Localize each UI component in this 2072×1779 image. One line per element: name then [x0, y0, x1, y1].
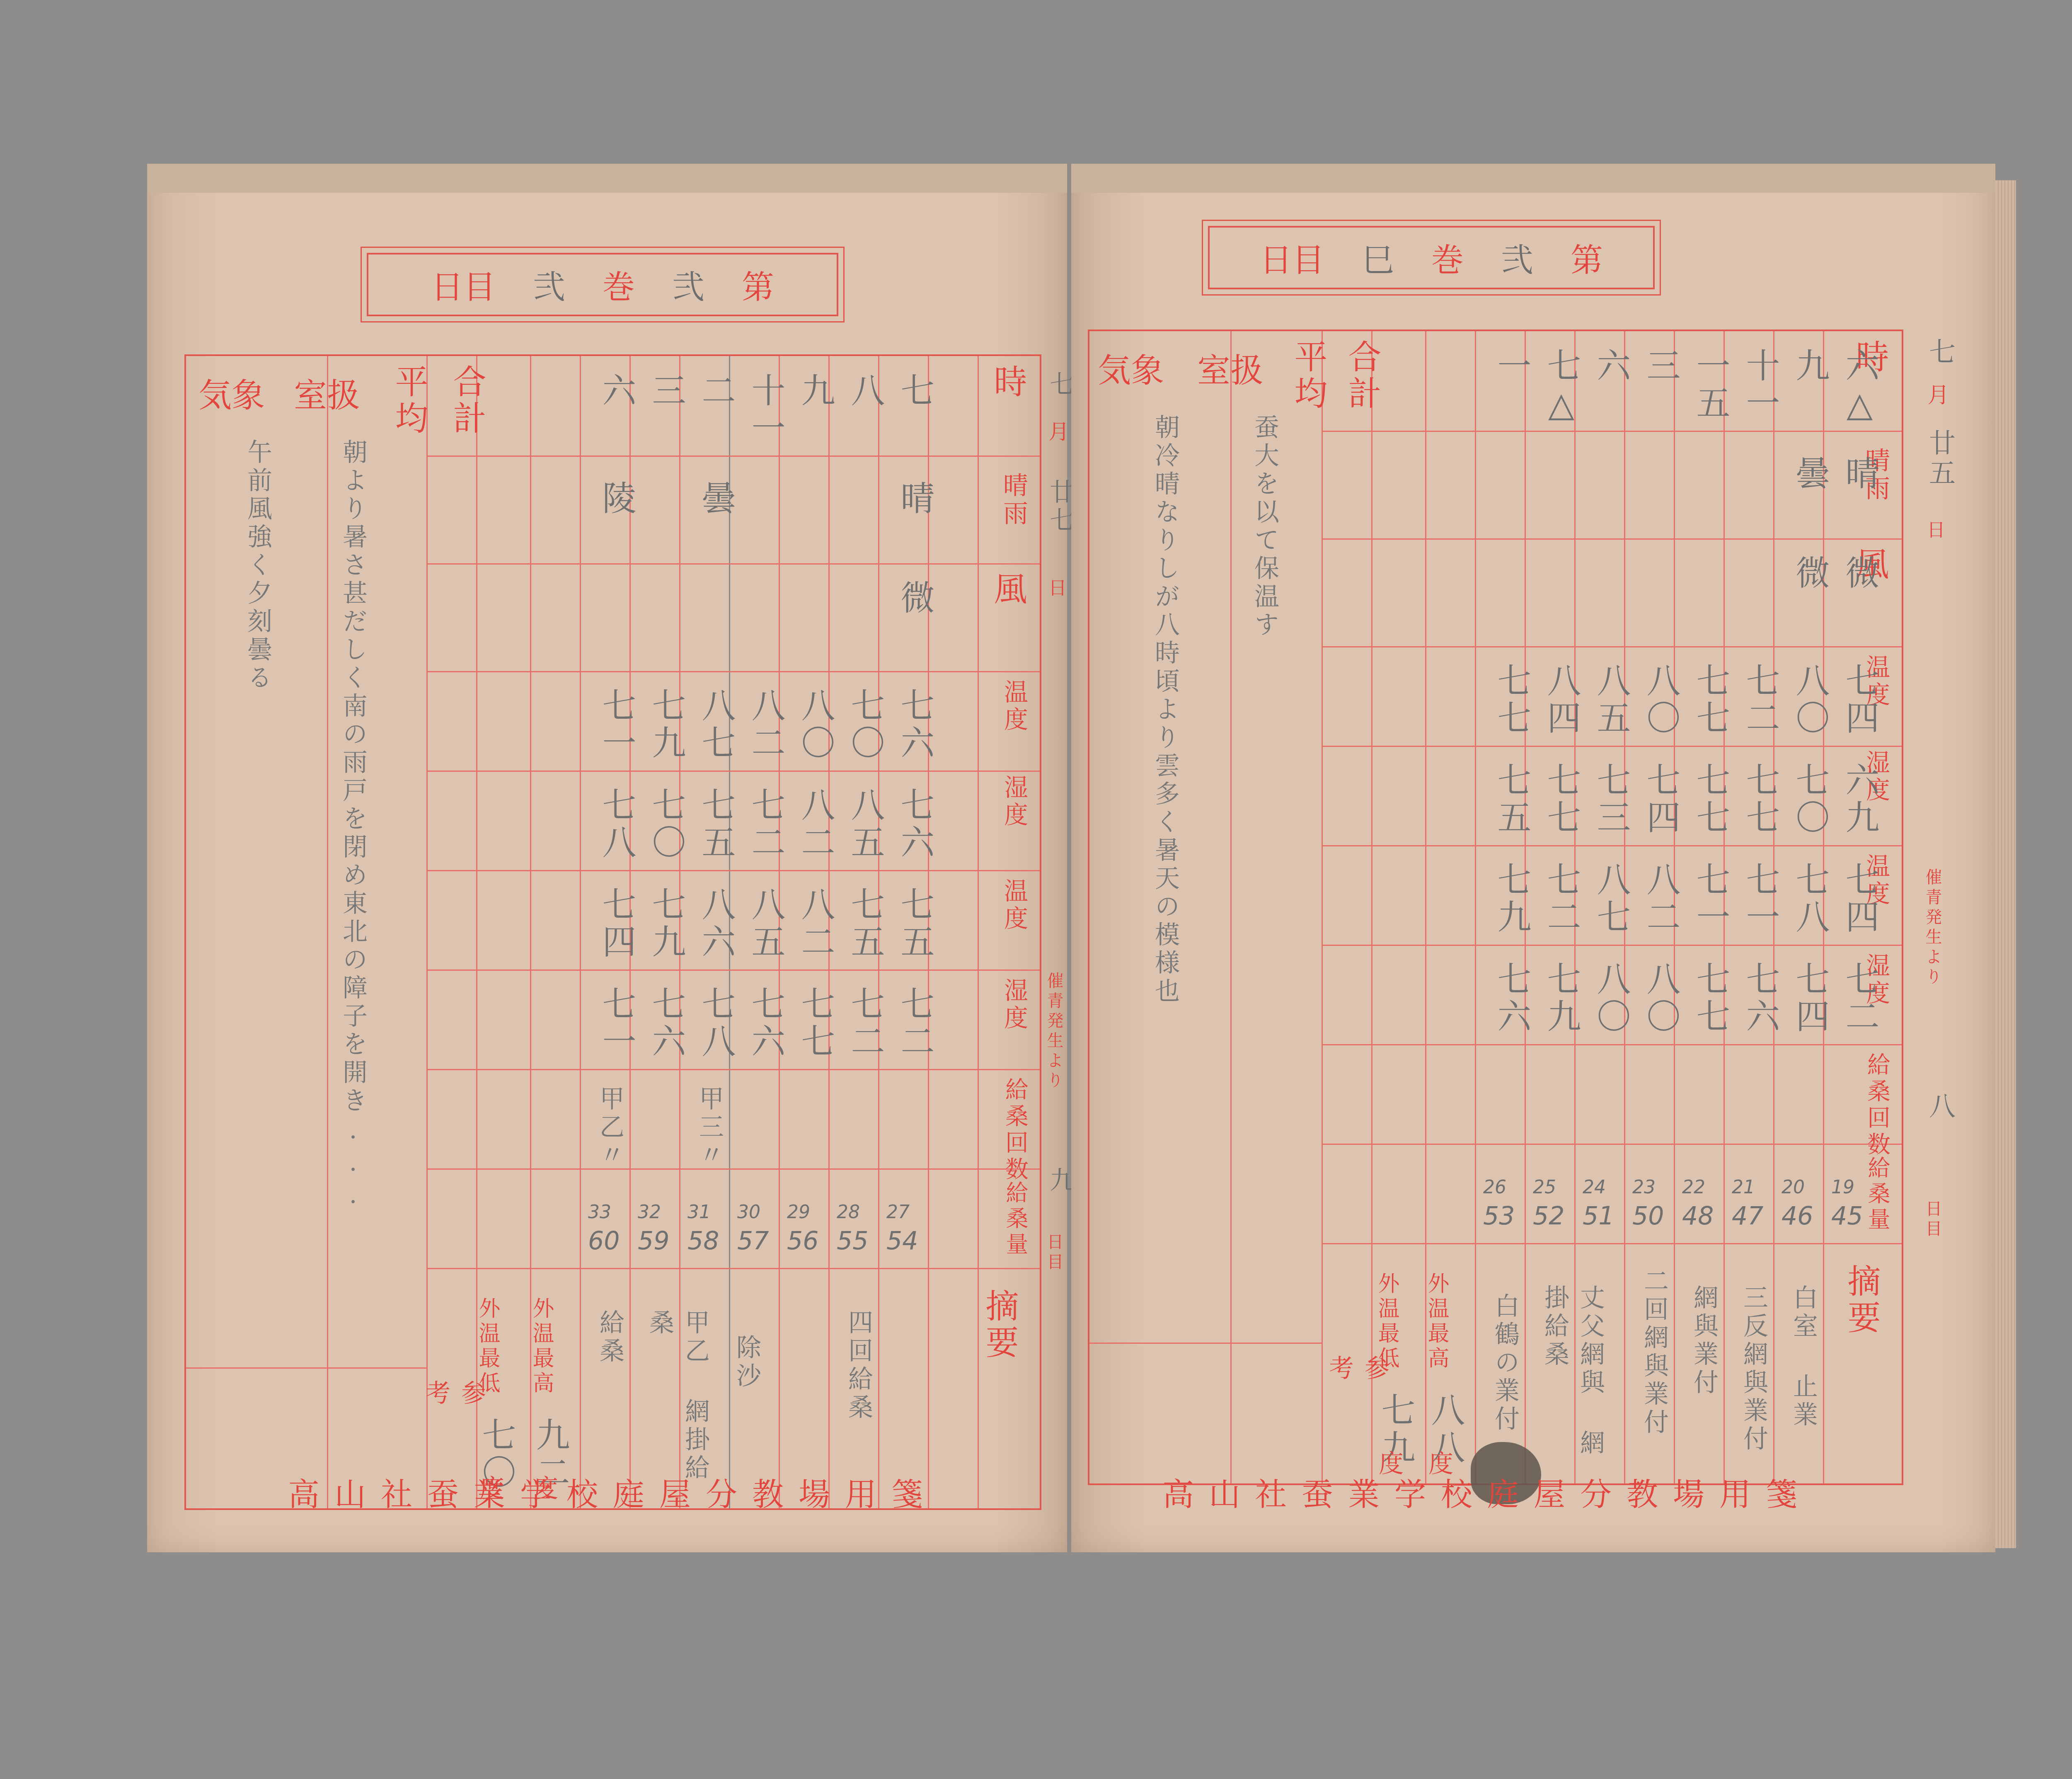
left-date-margin: 七 月 廿七 日 催青発生より 九 日目 — [1042, 371, 1067, 1511]
cell-weather: 曇 — [1786, 456, 1834, 493]
header-weather: 晴雨 — [996, 472, 1031, 528]
cell-indoor-humidity: 七六 — [1487, 961, 1536, 1036]
header-room-management: 室扱 — [1197, 344, 1264, 391]
header-remarks: 摘要 — [1837, 1264, 1885, 1337]
cell-outdoor-humidity: 七三 — [1587, 762, 1635, 837]
count-top: 24 — [1583, 1177, 1606, 1198]
header-average: 平均 — [1284, 339, 1332, 412]
right-date-margin: 七 月 廿五 日 催青発生より 八 日目 — [1921, 338, 1950, 1478]
cell-indoor-humidity: 七六 — [642, 986, 690, 1061]
header-time: 時 — [984, 364, 1031, 401]
header-indoor-temp: 温度 — [997, 878, 1031, 933]
remark-note: 除沙 — [729, 1334, 765, 1391]
count-top: 25 — [1533, 1177, 1556, 1198]
title-prefix: 第 — [1571, 235, 1603, 281]
cell-time: 七△ — [1537, 348, 1585, 428]
header-room-management: 室扱 — [294, 368, 360, 416]
cell-weather: 晴 — [891, 480, 939, 518]
count-bottom: 60 — [588, 1226, 620, 1255]
left-footer: 高山社蚕業学校庭屋分教場用箋 — [288, 1469, 938, 1515]
cell-indoor-temp: 八七 — [1587, 862, 1635, 936]
cell-weather: 曇 — [692, 480, 740, 518]
count-top: 32 — [638, 1202, 661, 1223]
cell-indoor-temp: 七一 — [1736, 862, 1784, 936]
cell-time: 九 — [791, 373, 840, 410]
cell-time: 三 — [1636, 348, 1685, 385]
cell-time: 六 — [1587, 348, 1635, 385]
cell-wind: 微 — [1786, 555, 1834, 592]
count-bottom: 50 — [1632, 1202, 1664, 1231]
count-bottom: 58 — [687, 1226, 719, 1255]
count-bottom: 48 — [1682, 1202, 1714, 1231]
cell-indoor-temp: 七八 — [1786, 862, 1834, 936]
cell-outdoor-temp: 七〇 — [841, 688, 889, 762]
count-top: 22 — [1682, 1177, 1705, 1198]
header-wind: 風 — [984, 572, 1031, 608]
header-total: 合計 — [1338, 339, 1386, 412]
cell-wind: 微 — [891, 580, 939, 617]
count-bottom: 55 — [837, 1226, 868, 1255]
weather-note: 朝冷晴なりしが八時頃より雲多く暑天の模様也 — [1147, 414, 1183, 1243]
cell-indoor-temp: 七九 — [1487, 862, 1536, 936]
cell-outdoor-temp: 七九 — [642, 688, 690, 762]
cell-outdoor-humidity: 七二 — [741, 787, 790, 862]
title-day-suffix: 日目 — [1260, 235, 1324, 281]
count-bottom: 56 — [787, 1226, 818, 1255]
cell-outdoor-temp: 七二 — [1736, 663, 1784, 737]
cell-indoor-humidity: 八〇 — [1587, 961, 1635, 1036]
remark-note: 給桑 — [592, 1309, 628, 1366]
cell-time: 一 — [1487, 348, 1536, 385]
cell-outdoor-humidity: 七六 — [891, 787, 939, 862]
cell-indoor-humidity: 七七 — [1686, 961, 1735, 1036]
title-prefix: 第 — [742, 262, 774, 308]
cell-indoor-temp: 七二 — [1537, 862, 1585, 936]
cell-outdoor-temp: 八〇 — [1636, 663, 1685, 737]
left-page: 日目 弐 巻 弐 第 — [147, 164, 1067, 1552]
header-leaf-amount: 給桑量 — [1000, 1181, 1031, 1258]
cell-time: 六 — [592, 373, 641, 410]
title-day-number: 巳 — [1362, 235, 1394, 281]
title-volume-label: 巻 — [603, 262, 635, 308]
cell-indoor-temp: 七四 — [1835, 862, 1884, 936]
count-top: 28 — [837, 1202, 860, 1223]
max-temp-label: 外温最高 — [1421, 1272, 1452, 1372]
cell-outdoor-humidity: 八五 — [841, 787, 889, 862]
header-remarks: 摘要 — [975, 1289, 1023, 1362]
header-average: 平均 — [385, 364, 433, 437]
remark-note: 丈父網與 網掛給桑 — [1537, 1285, 1608, 1483]
right-page: 日目 巳 巻 弐 第 — [1071, 164, 1995, 1552]
cell-outdoor-temp: 七七 — [1487, 663, 1536, 737]
cell-indoor-humidity: 八〇 — [1636, 961, 1685, 1036]
header-feedings: 給桑回数 — [998, 1077, 1031, 1183]
cell-outdoor-temp: 七四 — [1835, 663, 1884, 737]
cell-outdoor-temp: 八四 — [1537, 663, 1585, 737]
cell-indoor-temp: 七四 — [592, 887, 641, 961]
cell-indoor-temp: 七五 — [891, 887, 939, 961]
header-weather-phenomena: 気象 — [1098, 344, 1164, 391]
count-bottom: 52 — [1533, 1202, 1564, 1231]
cell-indoor-humidity: 七四 — [1786, 961, 1834, 1036]
remark-note: 白室 止業 — [1786, 1285, 1821, 1430]
title-day-number: 弐 — [533, 262, 565, 308]
notebook-spread: 日目 弐 巻 弐 第 — [147, 164, 2012, 1552]
count-top: 21 — [1732, 1177, 1755, 1198]
page-top-edge — [1071, 164, 1995, 193]
count-top: 20 — [1782, 1177, 1805, 1198]
page-top-edge — [147, 164, 1067, 193]
count-top: 27 — [886, 1202, 910, 1223]
cell-outdoor-temp: 七六 — [891, 688, 939, 762]
cell-indoor-humidity: 七七 — [791, 986, 840, 1061]
cell-wind: 微 — [1835, 555, 1884, 592]
cell-outdoor-temp: 八〇 — [791, 688, 840, 762]
header-weather-phenomena: 気象 — [198, 368, 265, 416]
cell-outdoor-temp: 七七 — [1686, 663, 1735, 737]
header-total: 合計 — [443, 364, 491, 437]
cell-time: 八 — [841, 373, 889, 410]
cell-outdoor-humidity: 七四 — [1636, 762, 1685, 837]
header-leaf-amount: 給桑量 — [1861, 1156, 1893, 1233]
remark-note: 白鶴の業付 — [1487, 1293, 1523, 1434]
right-page-title: 日目 巳 巻 弐 第 — [1208, 226, 1655, 289]
count-top: 33 — [588, 1202, 611, 1223]
cell-indoor-humidity: 七二 — [1835, 961, 1884, 1036]
cell-weather: 陵 — [592, 480, 641, 518]
count-bottom: 57 — [737, 1226, 769, 1255]
reference-label: 参考 — [1322, 1355, 1393, 1483]
count-top: 30 — [737, 1202, 760, 1223]
count-top: 29 — [787, 1202, 810, 1223]
cell-time: 十一 — [741, 373, 790, 447]
header-feedings: 給桑回数 — [1860, 1052, 1893, 1159]
title-volume-number: 弐 — [1501, 235, 1533, 281]
room-management-note: 蚕大を以て保温す — [1247, 414, 1283, 829]
remark-note: 四回給桑 — [841, 1309, 876, 1422]
count-bottom: 47 — [1732, 1202, 1763, 1231]
cell-indoor-humidity: 七九 — [1537, 961, 1585, 1036]
title-day-suffix: 日目 — [431, 262, 496, 308]
cell-outdoor-temp: 八二 — [741, 688, 790, 762]
cell-indoor-humidity: 七二 — [841, 986, 889, 1061]
cell-indoor-temp: 八五 — [741, 887, 790, 961]
count-top: 31 — [687, 1202, 711, 1223]
cell-outdoor-humidity: 七七 — [1537, 762, 1585, 837]
remark-note: 三反網與業付 — [1736, 1285, 1772, 1454]
max-temp-label: 外温最高 — [526, 1297, 557, 1396]
count-bottom: 53 — [1483, 1202, 1515, 1231]
count-bottom: 51 — [1583, 1202, 1614, 1231]
cell-outdoor-humidity: 七五 — [1487, 762, 1536, 837]
header-indoor-humidity: 湿度 — [997, 978, 1031, 1032]
cell-outdoor-temp: 八七 — [692, 688, 740, 762]
cell-time: 七 — [891, 373, 939, 410]
cell-outdoor-humidity: 七〇 — [642, 787, 690, 862]
cell-indoor-humidity: 七一 — [592, 986, 641, 1061]
cell-outdoor-humidity: 六九 — [1835, 762, 1884, 837]
cell-outdoor-temp: 八〇 — [1786, 663, 1834, 737]
cell-indoor-humidity: 七二 — [891, 986, 939, 1061]
cell-indoor-temp: 八六 — [692, 887, 740, 961]
count-top: 19 — [1831, 1177, 1854, 1198]
cell-indoor-humidity: 七八 — [692, 986, 740, 1061]
stacked-page-edges — [1995, 180, 2016, 1548]
cell-feeding-note: 甲三〃 — [692, 1086, 727, 1170]
cell-outdoor-humidity: 七八 — [592, 787, 641, 862]
count-bottom: 45 — [1831, 1202, 1863, 1231]
count-top: 23 — [1632, 1177, 1656, 1198]
count-bottom: 46 — [1782, 1202, 1813, 1231]
left-log-table: 時 晴雨 風 温度 湿度 温度 湿度 給桑回数 給桑量 摘要 合計 平均 室扱 … — [184, 354, 1041, 1510]
left-page-title: 日目 弐 巻 弐 第 — [367, 253, 838, 316]
cell-outdoor-temp: 七一 — [592, 688, 641, 762]
cell-outdoor-temp: 八五 — [1587, 663, 1635, 737]
remark-note: 網與業付 — [1686, 1285, 1722, 1397]
remark-note: 二回網與業付 — [1636, 1268, 1672, 1437]
right-log-table: 時 晴雨 風 温度 湿度 温度 湿度 給桑回数 給桑量 摘要 合計 平均 室扱 … — [1088, 330, 1903, 1485]
cell-indoor-temp: 八二 — [1636, 862, 1685, 936]
cell-time: 九 — [1786, 348, 1834, 385]
cell-indoor-humidity: 七六 — [1736, 961, 1784, 1036]
cell-time: 三 — [642, 373, 690, 410]
cell-outdoor-humidity: 七七 — [1686, 762, 1735, 837]
title-volume-label: 巻 — [1431, 235, 1464, 281]
cell-indoor-temp: 七一 — [1686, 862, 1735, 936]
cell-time: 十一 — [1736, 348, 1784, 422]
cell-outdoor-humidity: 七〇 — [1786, 762, 1834, 837]
count-bottom: 59 — [638, 1226, 669, 1255]
cell-time: 六△ — [1835, 348, 1884, 428]
right-footer: 高山社蚕業学校庭屋分教場用箋 — [1162, 1469, 1812, 1515]
cell-indoor-humidity: 七六 — [741, 986, 790, 1061]
count-top: 26 — [1483, 1177, 1506, 1198]
header-outdoor-humidity: 湿度 — [997, 775, 1031, 829]
cell-time: 二 — [692, 373, 740, 410]
weather-note: 午前風強く夕刻曇る — [240, 439, 276, 978]
title-volume-number: 弐 — [672, 262, 704, 308]
cell-feeding-note: 甲乙〃 — [592, 1086, 628, 1170]
cell-outdoor-humidity: 七五 — [692, 787, 740, 862]
header-outdoor-temp: 温度 — [997, 679, 1031, 734]
cell-outdoor-humidity: 七七 — [1736, 762, 1784, 837]
cell-weather: 晴 — [1835, 456, 1884, 493]
count-bottom: 54 — [886, 1226, 918, 1255]
cell-indoor-temp: 八二 — [791, 887, 840, 961]
room-management-note: 朝より暑さ甚だしく南の雨戸を閉め東北の障子を開き... — [335, 439, 371, 1309]
cell-indoor-temp: 七五 — [841, 887, 889, 961]
cell-indoor-temp: 七九 — [642, 887, 690, 961]
cell-time: 一五 — [1686, 348, 1735, 422]
cell-outdoor-humidity: 八二 — [791, 787, 840, 862]
